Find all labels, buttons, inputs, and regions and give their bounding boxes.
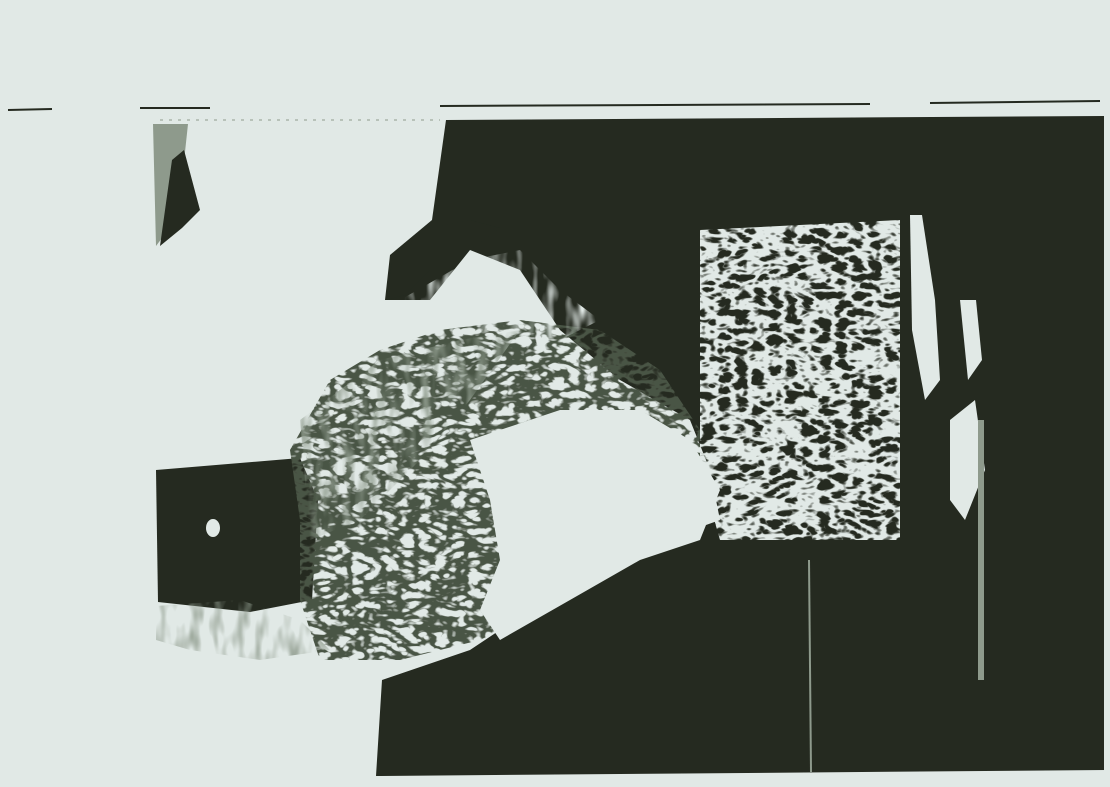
dog-eye: [206, 519, 220, 537]
photograph: [0, 0, 1110, 787]
frame-edge: [1104, 116, 1110, 776]
